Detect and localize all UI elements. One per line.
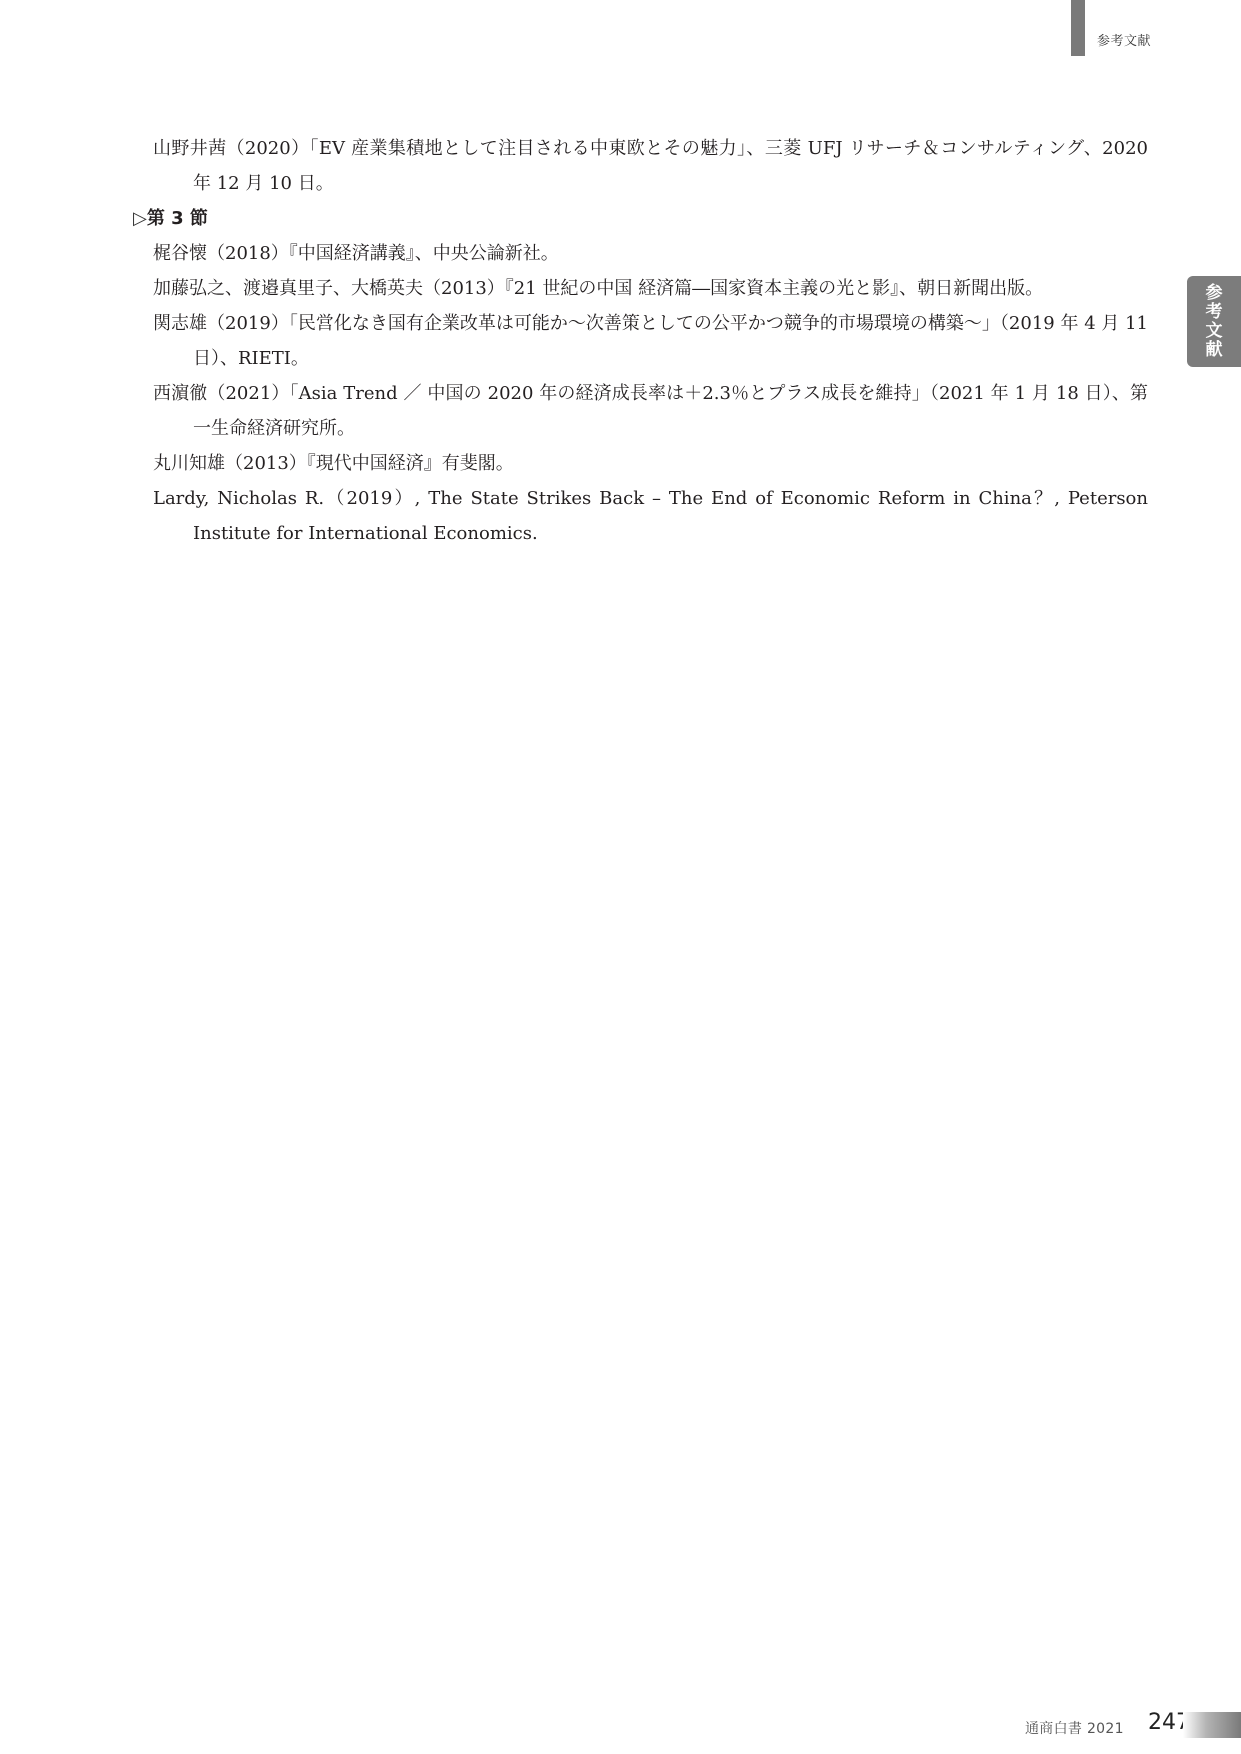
reference-item: 丸川知雄（2013）『現代中国経済』有斐閣。 [153, 446, 1148, 481]
footer-gradient-bar [1183, 1712, 1241, 1738]
running-title: 参考文献 [1097, 30, 1151, 49]
side-tab-char: 献 [1206, 341, 1223, 360]
reference-item: 梶谷懐（2018）『中国経済講義』、中央公論新社。 [153, 236, 1148, 271]
header-accent-bar [1071, 0, 1085, 56]
section-heading: ▷第 3 節 [133, 201, 1148, 236]
reference-list: 山野井茜（2020）「EV 産業集積地として注目される中東欧とその魅力」、三菱 … [133, 131, 1148, 551]
triangle-marker-icon: ▷ [133, 208, 147, 229]
page-footer: 通商白書 2021 247 [0, 1712, 1241, 1742]
side-tab-char: 文 [1206, 322, 1223, 341]
side-tab-char: 考 [1206, 303, 1223, 322]
reference-item: Lardy, Nicholas R.（2019）, The State Stri… [153, 481, 1148, 551]
reference-item: 西濵徹（2021）「Asia Trend ／ 中国の 2020 年の経済成長率は… [153, 376, 1148, 446]
reference-item: 関志雄（2019）「民営化なき国有企業改革は可能か〜次善策としての公平かつ競争的… [153, 306, 1148, 376]
publication-title: 通商白書 2021 [1025, 1718, 1124, 1738]
side-tab-char: 参 [1206, 284, 1223, 303]
reference-item: 山野井茜（2020）「EV 産業集積地として注目される中東欧とその魅力」、三菱 … [153, 131, 1148, 201]
section-index-tab[interactable]: 参 考 文 献 [1187, 276, 1241, 367]
reference-item: 加藤弘之、渡邉真里子、大橋英夫（2013）『21 世紀の中国 経済篇―国家資本主… [153, 271, 1148, 306]
section-heading-label: 第 3 節 [147, 208, 208, 229]
